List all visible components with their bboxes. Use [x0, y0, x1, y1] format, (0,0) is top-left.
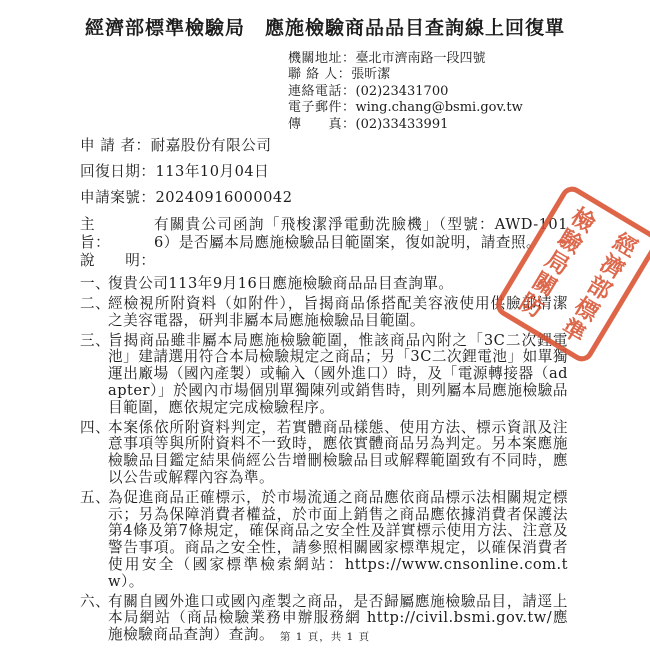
agency-fax-label: 傳 真：	[288, 117, 356, 132]
applicant-row: 申 請 者：耐嘉股份有限公司	[80, 138, 574, 153]
item-text: 經檢視所附資料（如附件），旨揭商品係搭配美容液使用供臉部清潔之美容電器，研判非屬…	[108, 296, 568, 330]
list-item: 五、 為促進商品正確標示，於市場流通之商品應依商品標示法相關規定標示；另為保障消…	[80, 490, 574, 591]
agency-email-label: 電子郵件：	[288, 100, 356, 115]
page-title: 經濟部標準檢驗局 應施檢驗商品品目查詢線上回復單	[0, 13, 650, 40]
reply-date-label: 回復日期：	[80, 164, 155, 179]
agency-fax: 傳 真：(02)33433991	[288, 117, 523, 133]
agency-email: 電子郵件：wing.chang@bsmi.gov.tw	[288, 100, 523, 116]
agency-contact-person-label: 聯 絡 人：	[288, 67, 351, 82]
reply-date-value: 113年10月04日	[155, 163, 269, 180]
document-page: 經濟部標準檢驗局 應施檢驗商品品目查詢線上回復單 機關地址：臺北市濟南路一段四號…	[0, 0, 650, 650]
subject-row: 主 旨：有關貴公司函詢「飛梭潔淨電動洗臉機」（型號：AWD-1016）是否屬本局…	[80, 216, 574, 251]
agency-phone-label: 連絡電話：	[288, 84, 356, 99]
case-number-row: 申請案號：20240916000042	[80, 190, 574, 205]
item-number: 一、	[80, 276, 108, 293]
page-number-footer: 第 1 頁，共 1 頁	[0, 629, 650, 644]
agency-address-value: 臺北市濟南路一段四號	[356, 51, 486, 66]
agency-fax-value: (02)33433991	[356, 117, 449, 132]
item-number: 五、	[80, 490, 108, 591]
item-text: 復貴公司113年9月16日應施檢驗商品品目查詢單。	[108, 276, 568, 293]
agency-address-label: 機關地址：	[288, 51, 356, 66]
agency-phone-value: (02)23431700	[356, 84, 449, 99]
list-item: 三、 旨揭商品雖非屬本局應施檢驗範圍，惟該商品內附之「3C二次鋰電池」建請選用符…	[80, 333, 574, 417]
item-text: 本案係依所附資料判定，若實體商品樣態、使用方法、標示資訊及注意事項等與所附資料不…	[108, 420, 568, 487]
agency-contact-person: 聯 絡 人：張昕潔	[288, 67, 523, 83]
item-number: 三、	[80, 333, 108, 417]
agency-contact-block: 機關地址：臺北市濟南路一段四號 聯 絡 人：張昕潔 連絡電話：(02)23431…	[288, 51, 523, 133]
case-number-value: 20240916000042	[155, 189, 292, 206]
description-items-list: 一、 復貴公司113年9月16日應施檢驗商品品目查詢單。 二、 經檢視所附資料（…	[80, 276, 574, 644]
agency-address: 機關地址：臺北市濟南路一段四號	[288, 51, 523, 67]
applicant-label: 申 請 者：	[80, 138, 151, 153]
case-number-label: 申請案號：	[80, 190, 155, 205]
agency-phone: 連絡電話：(02)23431700	[288, 84, 523, 100]
item-text: 為促進商品正確標示，於市場流通之商品應依商品標示法相關規定標示；另為保障消費者權…	[108, 490, 568, 591]
list-item: 四、 本案係依所附資料判定，若實體商品樣態、使用方法、標示資訊及注意事項等與所附…	[80, 420, 574, 487]
description-row: 說 明：	[80, 253, 574, 268]
applicant-value: 耐嘉股份有限公司	[151, 137, 272, 154]
subject-value: 有關貴公司函詢「飛梭潔淨電動洗臉機」（型號：AWD-1016）是否屬本局應施檢驗…	[154, 216, 568, 251]
description-label: 說 明：	[80, 252, 155, 269]
list-item: 二、 經檢視所附資料（如附件），旨揭商品係搭配美容液使用供臉部清潔之美容電器，研…	[80, 296, 574, 330]
subject-label: 主 旨：	[80, 216, 154, 251]
item-text: 旨揭商品雖非屬本局應施檢驗範圍，惟該商品內附之「3C二次鋰電池」建請選用符合本局…	[108, 333, 568, 417]
item-number: 四、	[80, 420, 108, 487]
agency-contact-person-value: 張昕潔	[351, 67, 390, 82]
agency-email-value: wing.chang@bsmi.gov.tw	[356, 100, 523, 115]
item-number: 二、	[80, 296, 108, 330]
reply-date-row: 回復日期：113年10月04日	[80, 164, 574, 179]
form-body: 申 請 者：耐嘉股份有限公司 回復日期：113年10月04日 申請案號：2024…	[80, 138, 574, 647]
list-item: 一、 復貴公司113年9月16日應施檢驗商品品目查詢單。	[80, 276, 574, 293]
